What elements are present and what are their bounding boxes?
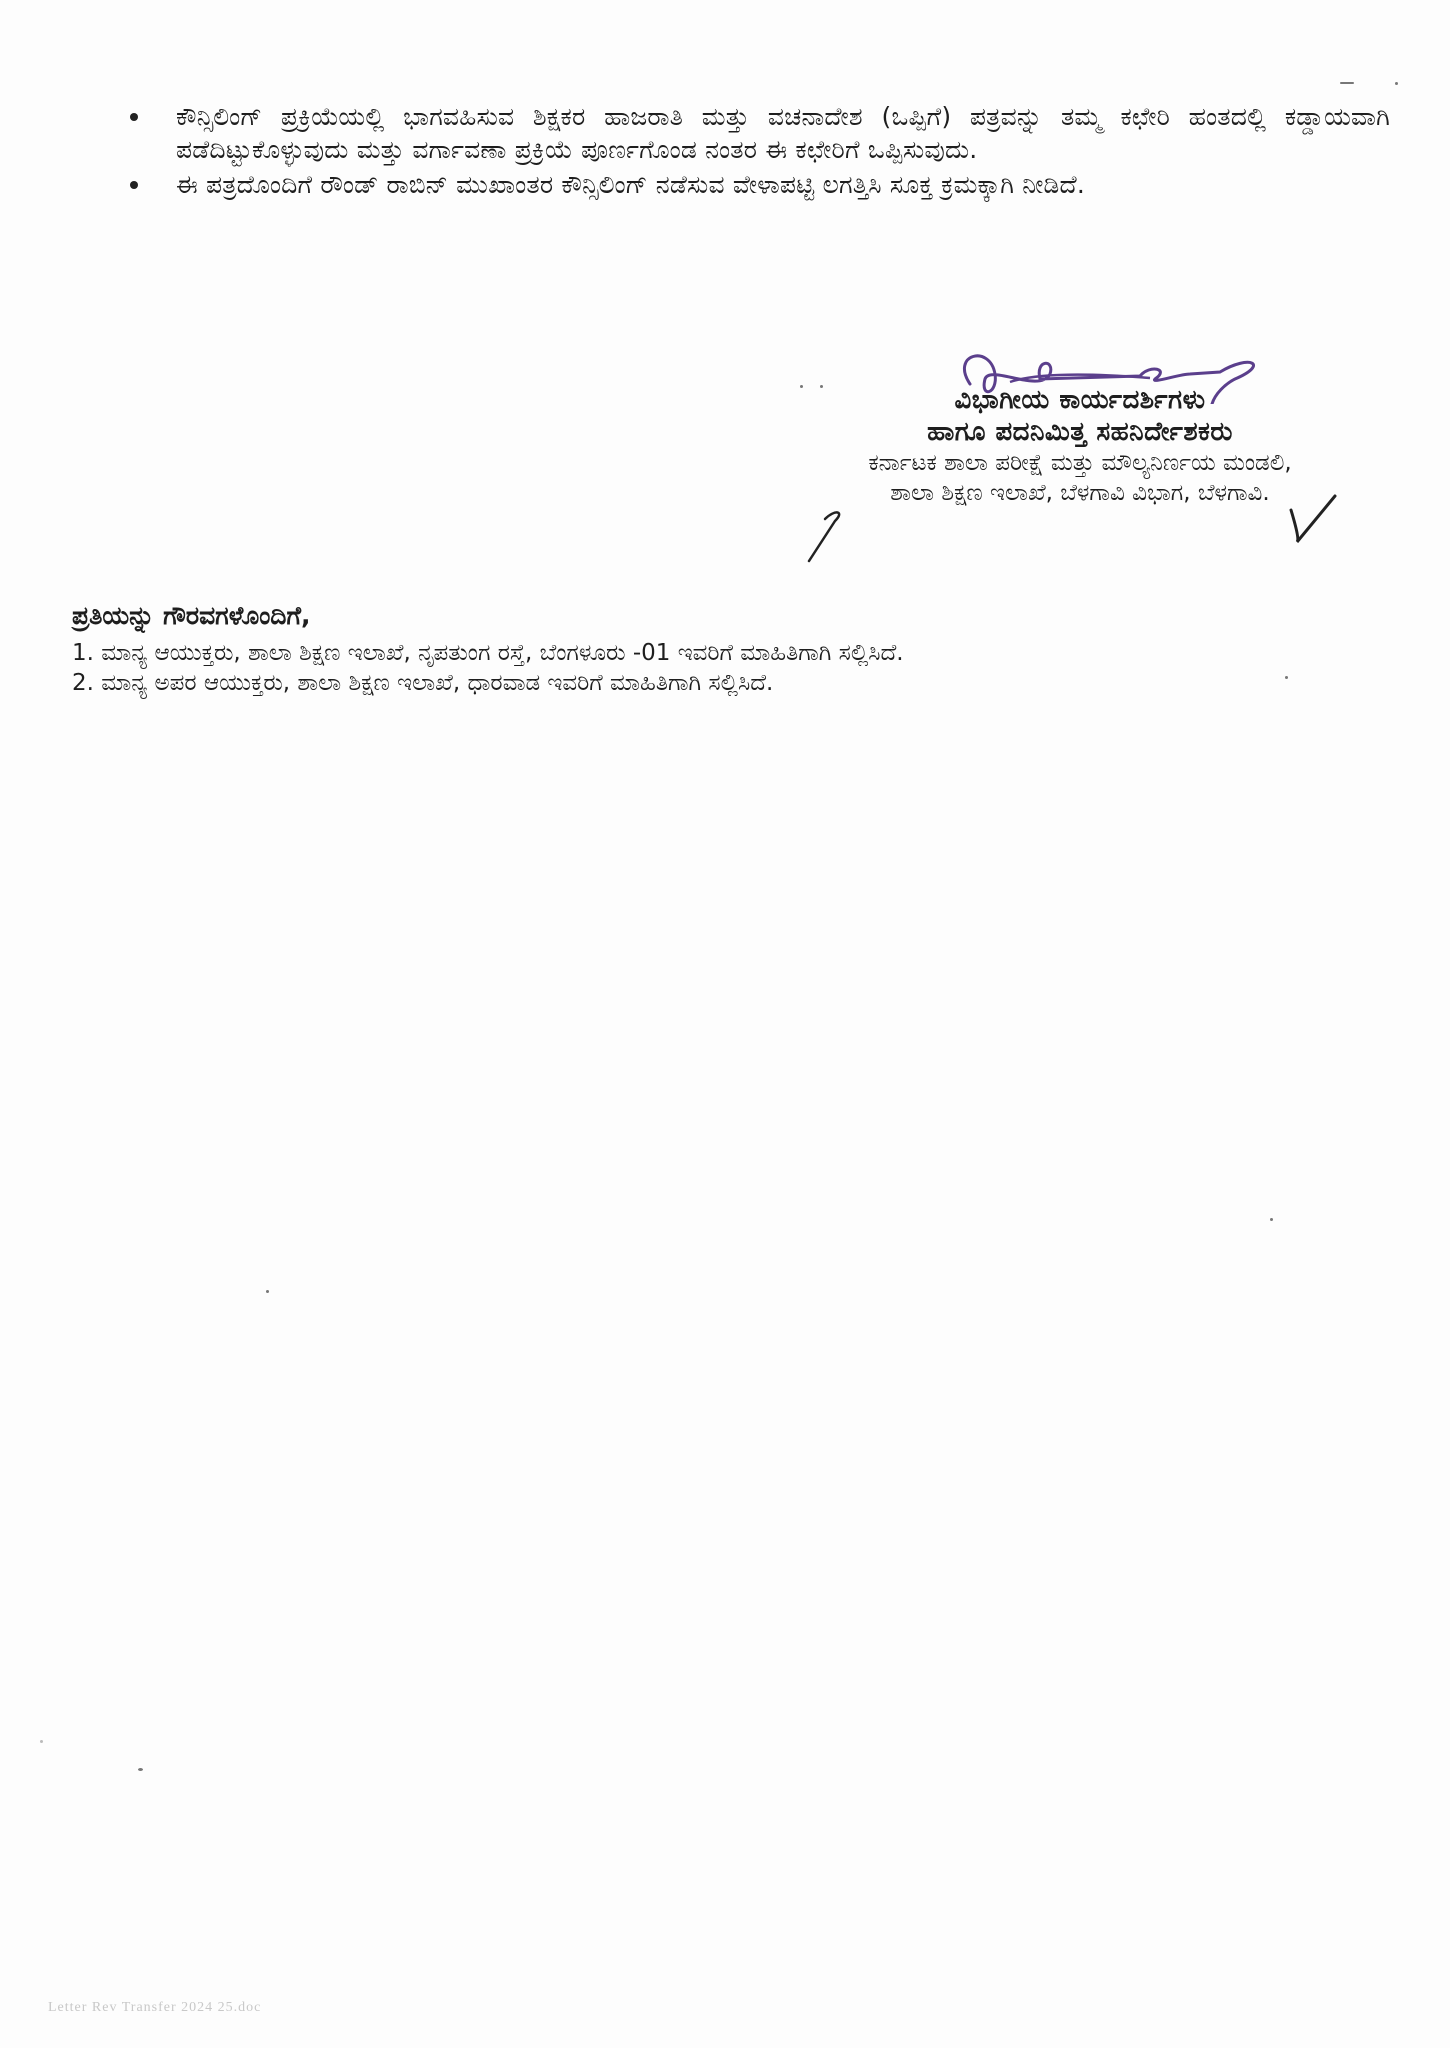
bullet-item-attendance: ಕೌನ್ಸಿಲಿಂಗ್ ಪ್ರಕ್ರಿಯೆಯಲ್ಲಿ ಭಾಗವಹಿಸುವ ಶಿಕ… [130,100,1390,166]
initial-tick-icon [1285,490,1345,550]
scan-speck [1270,1218,1273,1221]
signatory-org-line2: ಶಾಲಾ ಶಿಕ್ಷಣ ಇಲಾಖೆ, ಬೆಳಗಾವಿ ವಿಭಾಗ, ಬೆಳಗಾವ… [790,478,1370,508]
scan-speck [1395,82,1398,85]
signature-block: ವಿಭಾಗೀಯ ಕಾರ್ಯದರ್ಶಿಗಳು ಹಾಗೂ ಪದನಿಮಿತ್ತ ಸಹನ… [790,350,1370,508]
document-page: ಕೌನ್ಸಿಲಿಂಗ್ ಪ್ರಕ್ರಿಯೆಯಲ್ಲಿ ಭಾಗವಹಿಸುವ ಶಿಕ… [0,0,1450,2048]
signatory-org-line1: ಕರ್ನಾಟಕ ಶಾಲಾ ಪರೀಕ್ಷೆ ಮತ್ತು ಮೌಲ್ಯನಿರ್ಣಯ ಮ… [790,448,1370,478]
bullet-icon [130,113,138,121]
bullet-icon [130,181,138,189]
handwritten-signature-icon [950,344,1270,404]
scan-speck [820,385,823,388]
copy-to-item: 1. ಮಾನ್ಯ ಆಯುಕ್ತರು, ಶಾಲಾ ಶಿಕ್ಷಣ ಇಲಾಖೆ, ನೃ… [72,638,1322,668]
scan-speck [1285,676,1288,679]
copy-to-list: 1. ಮಾನ್ಯ ಆಯುಕ್ತರು, ಶಾಲಾ ಶಿಕ್ಷಣ ಇಲಾಖೆ, ನೃ… [72,638,1322,698]
scan-speck [1340,82,1354,84]
bullet-text: ಈ ಪತ್ರದೊಂದಿಗೆ ರೌಂಡ್ ರಾಬಿನ್ ಮುಖಾಂತರ ಕೌನ್ಸ… [176,170,1085,199]
copy-to-section: ಪ್ರತಿಯನ್ನು ಗೌರವಗಳೊಂದಿಗೆ, 1. ಮಾನ್ಯ ಆಯುಕ್ತ… [72,598,1322,698]
copy-to-item: 2. ಮಾನ್ಯ ಅಪರ ಆಯುಕ್ತರು, ಶಾಲಾ ಶಿಕ್ಷಣ ಇಲಾಖೆ… [72,668,1322,698]
copy-to-heading: ಪ್ರತಿಯನ್ನು ಗೌರವಗಳೊಂದಿಗೆ, [72,598,1322,634]
signatory-title-line2: ಹಾಗೂ ಪದನಿಮಿತ್ತ ಸಹನಿರ್ದೇಶಕರು [790,416,1370,448]
scan-speck [40,1740,43,1743]
initial-mark-icon [805,505,865,565]
bullet-text: ಕೌನ್ಸಿಲಿಂಗ್ ಪ್ರಕ್ರಿಯೆಯಲ್ಲಿ ಭಾಗವಹಿಸುವ ಶಿಕ… [176,102,1390,164]
footer-file-name: Letter Rev Transfer 2024 25.doc [48,2000,261,2016]
scan-speck [266,1290,269,1293]
bullet-item-schedule: ಈ ಪತ್ರದೊಂದಿಗೆ ರೌಂಡ್ ರಾಬಿನ್ ಮುಖಾಂತರ ಕೌನ್ಸ… [130,168,1390,201]
instruction-bullet-list: ಕೌನ್ಸಿಲಿಂಗ್ ಪ್ರಕ್ರಿಯೆಯಲ್ಲಿ ಭಾಗವಹಿಸುವ ಶಿಕ… [130,100,1390,203]
scan-speck [800,385,803,388]
scan-speck [138,1768,143,1771]
